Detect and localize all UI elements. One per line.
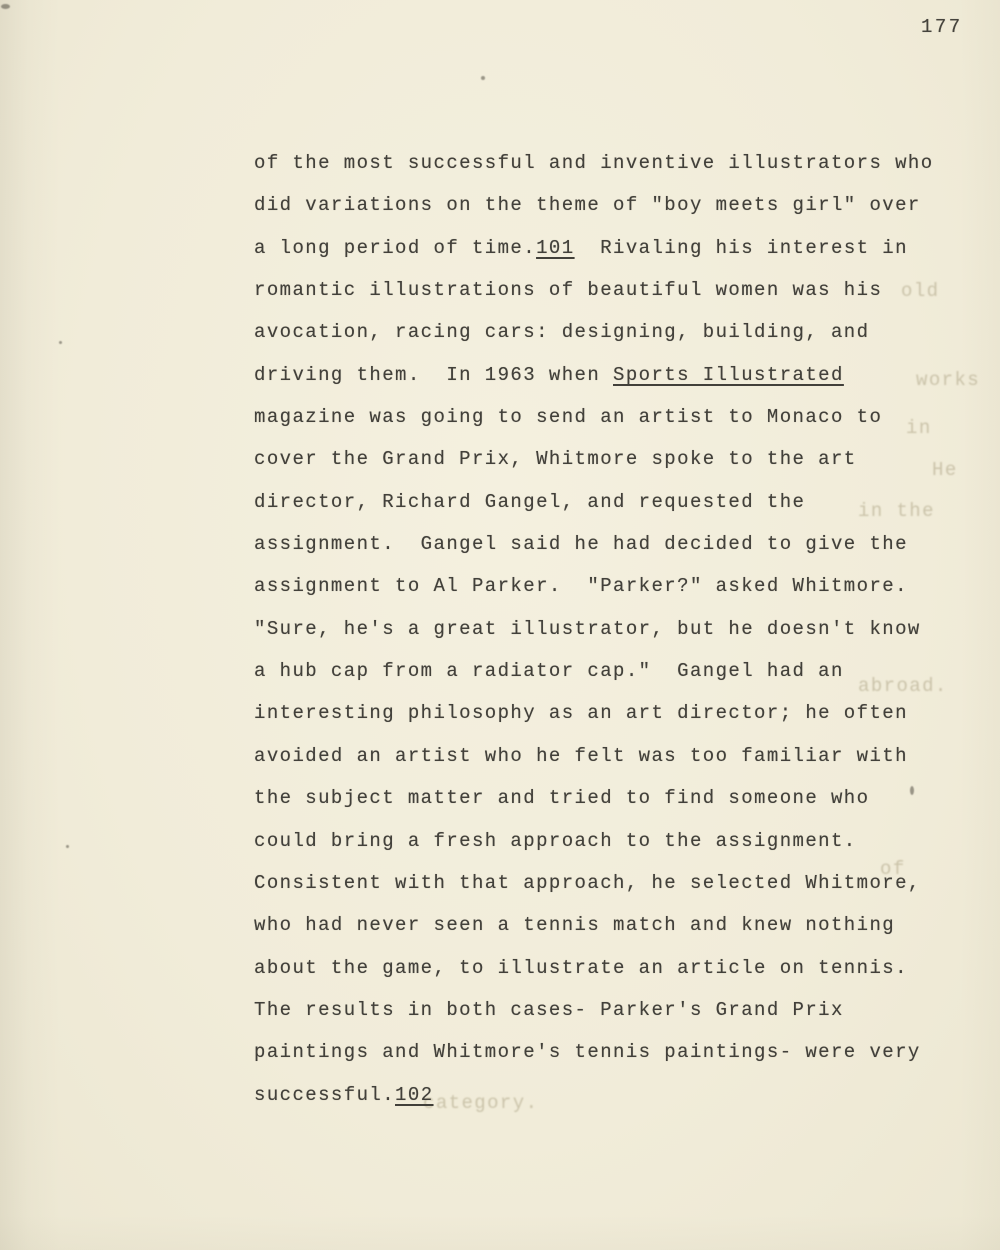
typed-line: successful.102 <box>254 1074 964 1116</box>
underlined-text: Sports Illustrated <box>613 364 844 386</box>
typed-line: who had never seen a tennis match and kn… <box>254 904 964 946</box>
text-segment: successful. <box>254 1084 395 1106</box>
typed-line: assignment to Al Parker. "Parker?" asked… <box>254 565 964 607</box>
text-segment: "Sure, he's a great illustrator, but he … <box>254 618 921 640</box>
text-segment: a hub cap from a radiator cap." Gangel h… <box>254 660 844 682</box>
typed-line: paintings and Whitmore's tennis painting… <box>254 1031 964 1073</box>
typed-body-text: of the most successful and inventive ill… <box>254 142 964 1116</box>
typed-line: cover the Grand Prix, Whitmore spoke to … <box>254 438 964 480</box>
text-segment: could bring a fresh approach to the assi… <box>254 830 857 852</box>
typed-line: of the most successful and inventive ill… <box>254 142 964 184</box>
text-segment: cover the Grand Prix, Whitmore spoke to … <box>254 448 857 470</box>
typed-line: interesting philosophy as an art directo… <box>254 692 964 734</box>
underlined-text: 101 <box>536 237 574 259</box>
typed-line: The results in both cases- Parker's Gran… <box>254 989 964 1031</box>
typed-line: a hub cap from a radiator cap." Gangel h… <box>254 650 964 692</box>
text-segment: Consistent with that approach, he select… <box>254 872 921 894</box>
typed-line: avocation, racing cars: designing, build… <box>254 311 964 353</box>
text-segment: about the game, to illustrate an article… <box>254 957 908 979</box>
text-segment: interesting philosophy as an art directo… <box>254 702 908 724</box>
text-segment: director, Richard Gangel, and requested … <box>254 491 805 513</box>
text-segment: of the most successful and inventive ill… <box>254 152 934 174</box>
text-segment: magazine was going to send an artist to … <box>254 406 882 428</box>
typed-line: assignment. Gangel said he had decided t… <box>254 523 964 565</box>
text-segment: a long period of time. <box>254 237 536 259</box>
typed-line: driving them. In 1963 when Sports Illust… <box>254 354 964 396</box>
typed-line: avoided an artist who he felt was too fa… <box>254 735 964 777</box>
text-segment: who had never seen a tennis match and kn… <box>254 914 895 936</box>
typed-line: about the game, to illustrate an article… <box>254 947 964 989</box>
text-segment: the subject matter and tried to find som… <box>254 787 869 809</box>
typed-line: could bring a fresh approach to the assi… <box>254 820 964 862</box>
typed-line: Consistent with that approach, he select… <box>254 862 964 904</box>
text-segment: avocation, racing cars: designing, build… <box>254 321 869 343</box>
text-segment: Rivaling his interest in <box>575 237 908 259</box>
text-segment: did variations on the theme of "boy meet… <box>254 194 921 216</box>
underlined-text: 102 <box>395 1084 433 1106</box>
text-segment: romantic illustrations of beautiful wome… <box>254 279 882 301</box>
typed-line: the subject matter and tried to find som… <box>254 777 964 819</box>
typed-line: romantic illustrations of beautiful wome… <box>254 269 964 311</box>
typed-line: director, Richard Gangel, and requested … <box>254 481 964 523</box>
text-segment: paintings and Whitmore's tennis painting… <box>254 1041 921 1063</box>
typed-line: a long period of time.101 Rivaling his i… <box>254 227 964 269</box>
text-segment: assignment. Gangel said he had decided t… <box>254 533 908 555</box>
typed-line: did variations on the theme of "boy meet… <box>254 184 964 226</box>
text-segment: avoided an artist who he felt was too fa… <box>254 745 908 767</box>
typed-line: "Sure, he's a great illustrator, but he … <box>254 608 964 650</box>
text-segment: The results in both cases- Parker's Gran… <box>254 999 844 1021</box>
typed-line: magazine was going to send an artist to … <box>254 396 964 438</box>
page-number: 177 <box>921 16 963 38</box>
text-segment: driving them. In 1963 when <box>254 364 613 386</box>
text-segment: assignment to Al Parker. "Parker?" asked… <box>254 575 908 597</box>
